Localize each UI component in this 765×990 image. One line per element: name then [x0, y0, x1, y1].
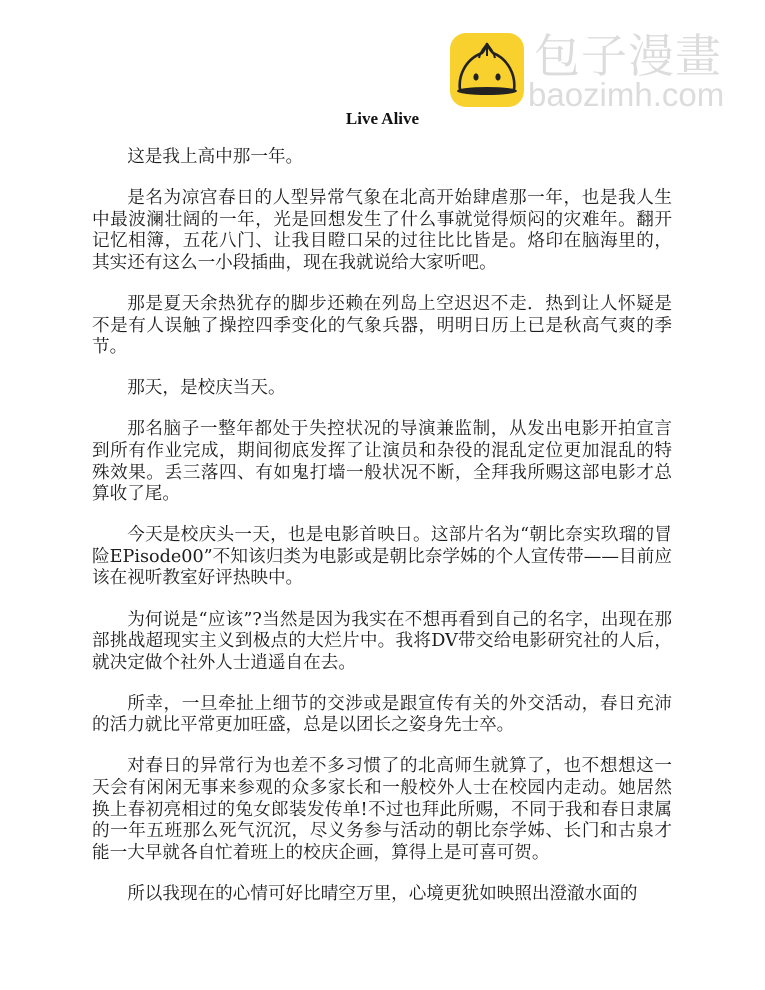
document-body: 这是我上高中那一年。 是名为凉宫春日的人型异常气象在北高开始肆虐那一年，也是我人…: [92, 147, 672, 925]
paragraph: 那名脑子一整年都处于失控状况的导演兼监制，从发出电影开拍宣言到所有作业完成，期间…: [92, 419, 672, 505]
paragraph: 是名为凉宫春日的人型异常气象在北高开始肆虐那一年，也是我人生中最波澜壮阔的一年，…: [92, 188, 672, 274]
paragraph: 为何说是“应该”?当然是因为我实在不想再看到自己的名字，出现在那部挑战超现实主义…: [92, 610, 672, 675]
paragraph: 所以我现在的心情可好比晴空万里，心境更犹如映照出澄澈水面的: [92, 884, 672, 906]
paragraph: 这是我上高中那一年。: [92, 147, 672, 169]
paragraph: 对春日的异常行为也差不多习惯了的北高师生就算了，也不想想这一天会有闲闲无事来参观…: [92, 756, 672, 864]
paragraph: 所幸，一旦牵扯上细节的交涉或是跟宣传有关的外交活动，春日充沛的活力就比平常更加旺…: [92, 694, 672, 737]
paragraph: 那天，是校庆当天。: [92, 378, 672, 400]
document-title: Live Alive: [0, 108, 765, 130]
watermark-brand-name: 包子漫畫: [534, 30, 722, 82]
paragraph: 今天是校庆头一天，也是电影首映日。这部片名为“朝比奈实玖瑠的冒险EPisode0…: [92, 525, 672, 590]
paragraph: 那是夏天余热犹存的脚步还赖在列岛上空迟迟不走．热到让人怀疑是不是有人误触了操控四…: [92, 294, 672, 359]
steamed-bun-icon: [450, 33, 524, 107]
watermark: 包子漫畫 baozimh.com: [450, 33, 750, 111]
watermark-domain: baozimh.com: [528, 78, 724, 112]
